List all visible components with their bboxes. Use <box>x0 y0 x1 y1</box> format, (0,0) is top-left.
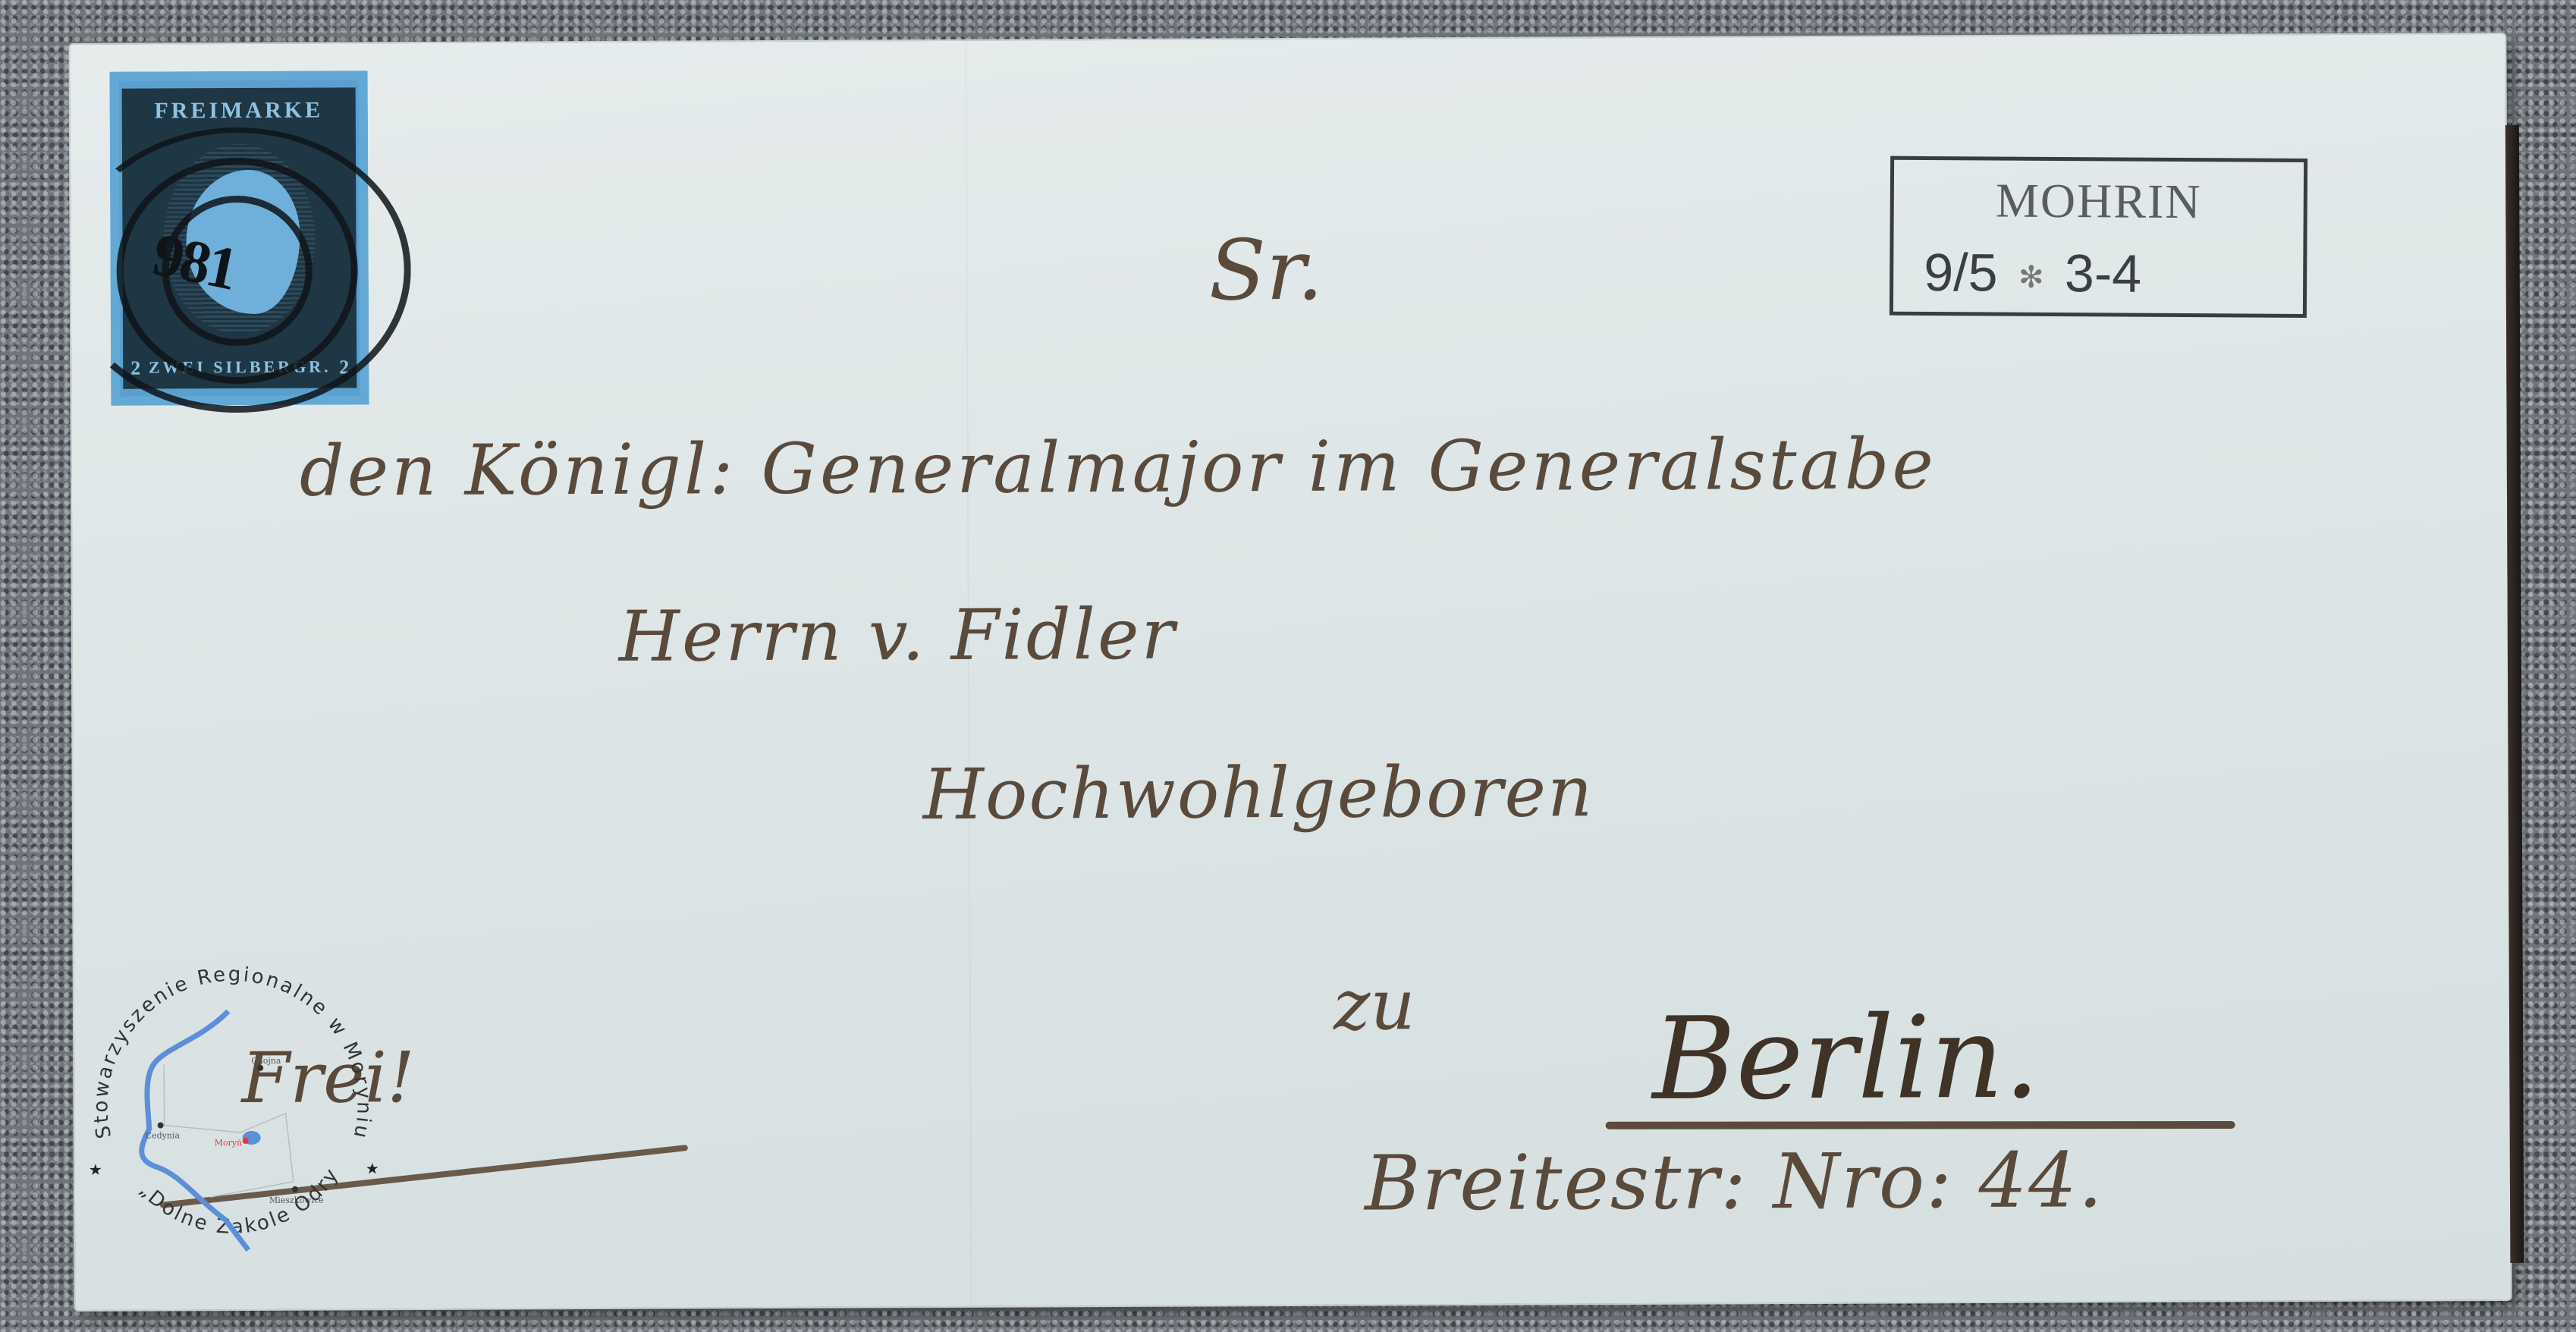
map-place-cedynia: Cedynia <box>146 1130 181 1140</box>
postmark-date: 9/5 <box>1924 243 1998 303</box>
city-underline <box>1606 1121 2235 1129</box>
address-line-4: zu <box>1334 964 1415 1045</box>
stamp-corner-value-right: 2 <box>339 356 349 379</box>
address-salutation: Sr. <box>1208 221 1323 319</box>
address-line-3: Hochwohlgeboren <box>922 751 1594 835</box>
svg-text:Stowarzyszenie Regionalne w Mo: Stowarzyszenie Regionalne w Moryniu <box>90 963 375 1143</box>
stamp-top-inscription: FREIMARKE <box>133 95 345 126</box>
stamp-corner-value-left: 2 <box>130 357 140 380</box>
address-line-2: Herrn v. Fidler <box>619 594 1177 677</box>
map-place-moryn: Moryń <box>215 1138 243 1148</box>
association-watermark: Stowarzyszenie Regionalne w Moryniu „Dol… <box>65 946 401 1281</box>
address-city: Berlin. <box>1652 992 2040 1126</box>
address-street: Breitestr: Nro: 44. <box>1365 1136 2104 1227</box>
postage-stamp: FREIMARKE ZWEI SILBERGR. 2 2 <box>110 71 369 405</box>
watermark-map-icon: Stowarzyszenie Regionalne w Moryniu „Dol… <box>65 946 401 1281</box>
envelope-edge <box>2505 125 2524 1263</box>
stamp-bottom-inscription: ZWEI SILBERGR. <box>134 351 346 382</box>
postmark-town: MOHRIN <box>1894 172 2304 231</box>
box-postmark: MOHRIN 9/5 ✻ 3-4 <box>1890 156 2307 318</box>
address-line-1: den Königl: Generalmajor im Generalstabe <box>300 423 1937 511</box>
svg-text:★: ★ <box>89 1161 102 1179</box>
envelope: FREIMARKE ZWEI SILBERGR. 2 2 981 MOHRIN … <box>70 34 2510 1310</box>
postmark-date-line: 9/5 ✻ 3-4 <box>1924 242 2141 304</box>
watermark-text-top: Stowarzyszenie Regionalne w Moryniu <box>90 963 375 1143</box>
map-place-chojna: Chojna <box>251 1056 281 1066</box>
map-place-mieszkowice: Mieszkowice <box>269 1195 324 1205</box>
postmark-time: 3-4 <box>2065 243 2142 303</box>
svg-text:★: ★ <box>366 1159 379 1177</box>
postmark-star-icon: ✻ <box>2018 260 2044 294</box>
